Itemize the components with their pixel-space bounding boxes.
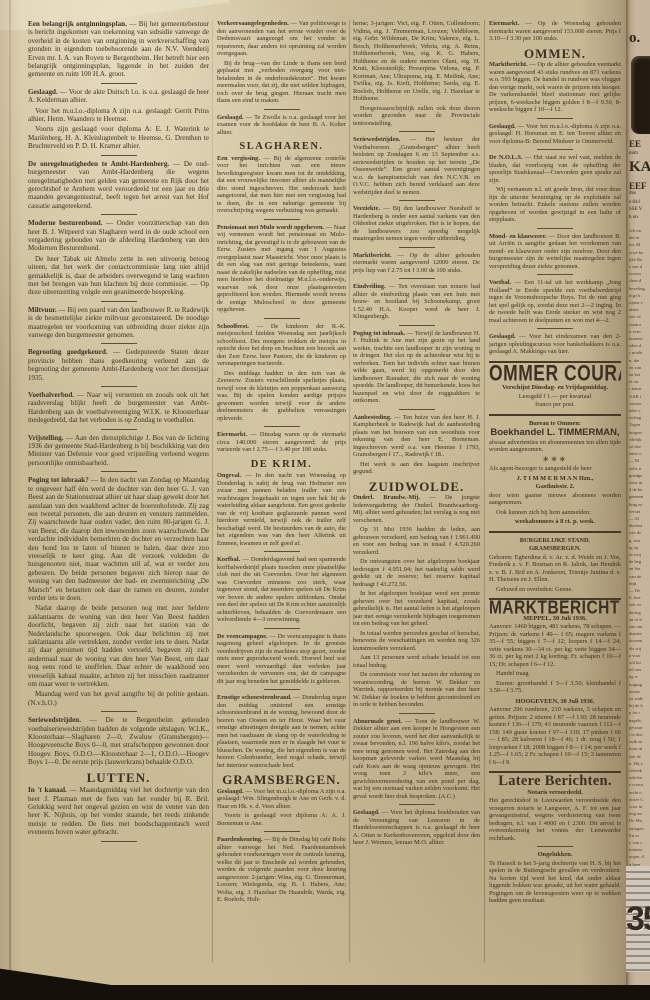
paragraph: alwaar advertenties en abonnementen ten … — [489, 439, 621, 454]
article-lead: Mond- en klauwzeer. — [489, 233, 547, 240]
adjacent-page-fragment: h on — [629, 215, 638, 220]
news-article: Geslaagd. — Voor het m.u.l.o.-diploma A … — [489, 123, 621, 146]
adjacent-page-fragment: SSE V — [629, 207, 642, 212]
news-article: In het afgeloopen boekjaar werd een prem… — [353, 590, 480, 628]
adjacent-page-textline: alster — [629, 307, 639, 312]
adjacent-page-edge: o.EEnumKAEEFduse 84-lSSE Vh onsch onder … — [626, 0, 650, 1000]
masthead-line: Gasthuisstr. 2. — [489, 483, 621, 491]
article-lead: Marktbericht. — [489, 61, 528, 68]
news-article: De N.O.L.S. — Het staat nu wel vast, mel… — [489, 154, 621, 184]
news-article: Seriewedstrijden. — Het bestuur der Voet… — [353, 136, 480, 196]
adjacent-page-textline: van de — [629, 574, 641, 579]
news-article: Des middags hadden in den tuin van de Ze… — [217, 370, 346, 423]
thick-divider — [489, 414, 621, 416]
adjacent-page-textline: eningen — [629, 826, 644, 831]
page-edge-line — [9, 0, 11, 990]
thick-divider — [489, 531, 621, 533]
article-lead: Abnormale groei. — [353, 718, 402, 725]
news-article: Begrooting goedgekeurd. — Gedeputeerde S… — [28, 348, 209, 382]
news-article: Maandag werd van het geval aangifte bij … — [28, 690, 209, 707]
adjacent-page-textline: dering — [629, 610, 641, 615]
paragraph: Eieren: groothandel f 3—f 3.50; kleinhan… — [489, 680, 621, 695]
adjacent-page-textline: wwe be — [629, 250, 643, 255]
news-article: Geslaagd. — Voor het m.u.l.o.-diploma A … — [217, 788, 346, 811]
masthead-line: BURGERLIJKE STAND. — [489, 537, 621, 545]
newspaper-page: Een belangrijk ontginningsplan. — Bij he… — [0, 0, 650, 1000]
ornament: ＊＊＊ — [489, 456, 621, 464]
news-article: Abnormale groei. — Toen de landbouwer W.… — [353, 718, 480, 801]
news-article: Paardenkeuring. — Bij de Dinsdag bij caf… — [217, 836, 346, 904]
adjacent-page-textline: AAR t — [629, 394, 641, 399]
section-heading: Latere Berichten. — [489, 778, 621, 786]
article-divider — [101, 214, 137, 215]
article-lead: Geslaagd. — [28, 88, 58, 96]
news-article: Onderl. Brandw.-Mij. — De jongste ledenv… — [353, 494, 480, 524]
news-article: Veeziekte. — Bij den landbouwer Neeshoff… — [353, 205, 480, 243]
article-divider — [101, 155, 137, 156]
adjacent-page-textline: En in — [629, 833, 639, 838]
news-article: Aanbesteding. — Ten huize van den heer H… — [353, 414, 480, 459]
masthead-line: GRAMSBERGEN. — [489, 545, 621, 553]
article-divider — [399, 278, 435, 279]
adjacent-page-textline: voorta — [629, 271, 641, 276]
article-lead: Een belangrijk ontginningsplan. — [28, 20, 127, 28]
adjacent-page-textline: en of h — [629, 617, 642, 622]
adjacent-page-textline: oens in — [629, 480, 642, 485]
masthead-line: weekabonnees à 8 ct. p. week. — [489, 518, 621, 526]
article-divider — [537, 328, 573, 329]
section-heading: DE KRIM. — [217, 461, 346, 469]
news-article: Een belangrijk ontginningsplan. — Bij he… — [28, 20, 209, 79]
article-divider — [264, 831, 300, 832]
adjacent-page-textline: p tot r — [629, 710, 640, 715]
news-article: Voor het m.u.l.o.-diploma A zijn o.a. ge… — [28, 107, 209, 124]
adjacent-page-textline: voor in — [629, 804, 642, 809]
adjacent-page-textline: doozen — [629, 638, 642, 643]
adjacent-page-textline: s misbr — [629, 350, 642, 355]
adjacent-page-textline: — M — [629, 458, 639, 463]
article-divider — [101, 343, 137, 344]
article-lead: Onderl. Brandw.-Mij. — [353, 494, 420, 501]
adjacent-page-textline: verzoe — [629, 401, 641, 406]
article-lead: Schoolfeest. — [217, 323, 249, 330]
adjacent-page-textline: erpt. — [629, 581, 637, 586]
section-heading: OMMER COURANT — [489, 369, 621, 378]
adjacent-page-textline: burgen — [629, 430, 642, 435]
masthead-line: Leesgeld f 1.— per kwartaal — [489, 393, 621, 401]
article-divider — [101, 429, 137, 430]
article-lead: Geslaagd. — [353, 809, 380, 816]
adjacent-page-fragment: num — [629, 151, 638, 156]
adjacent-page-textline: nder v — [629, 408, 641, 413]
adjacent-page-textline: ng w — [629, 674, 638, 679]
paragraph: Gehuwd en overleden: Geene. — [489, 586, 621, 594]
article-lead: De veencampagne. — [217, 633, 268, 640]
article-divider — [101, 386, 137, 387]
adjacent-page-textline: en van — [629, 365, 641, 370]
adjacent-page-textline: y van c — [629, 840, 642, 845]
news-article: De heer Tabak uit Almelo zette in een ui… — [28, 255, 209, 297]
news-column-2: Verkeersaangelegenheden. — Van politiewe… — [217, 20, 346, 965]
adjacent-page-textline: en ande — [629, 696, 643, 701]
news-article: Seriewedstrijden. — De te Bergentheim ge… — [28, 716, 209, 766]
column-divider — [212, 20, 213, 962]
news-article: Verkeersaangelegenheden. — Van politiewe… — [217, 20, 346, 58]
adjacent-page-textline: ig op — [629, 545, 638, 550]
article-lead: Geslaagd. — [489, 333, 516, 340]
adjacent-page-textline: nister C — [629, 797, 643, 802]
adjacent-page-textline: n, die — [629, 358, 639, 363]
article-lead: Geslaagd. — [217, 114, 244, 121]
section-heading: GRAMSBERGEN. — [217, 776, 346, 784]
paragraph: Handel traag. — [489, 670, 621, 678]
adjacent-page-textline: en Sta — [629, 566, 640, 571]
adjacent-page-textline: goedge — [629, 473, 642, 478]
news-column-3: heme; 3-jarigen: Vict, eig. F. Otten, Co… — [353, 20, 480, 970]
adjacent-page-textline: n vern — [629, 329, 641, 334]
adjacent-page-textline: d de be — [629, 487, 642, 492]
adjacent-page-textline: sch on — [629, 228, 641, 233]
news-article: Geslaagd. — Voor het eindexamen van den … — [489, 333, 621, 356]
article-divider — [399, 200, 435, 201]
adjacent-page-textline: nagels. — [629, 718, 642, 723]
article-lead: Pensionaat met Mulo wordt opgeheven. — [217, 224, 324, 231]
paragraph: Het gerechtshof te Leeuwarden veroordeel… — [489, 797, 621, 842]
adjacent-page-fragment: e 84-l — [629, 200, 641, 205]
adjacent-page-textline: en bet — [629, 372, 640, 377]
adjacent-page-textline: van de — [629, 530, 641, 535]
adjacent-page-textline: nige b — [629, 293, 640, 298]
adjacent-page-textline: S, hoe — [629, 595, 640, 600]
article-lead: Eiermarkt. — [489, 20, 519, 27]
adjacent-page-textline: tuiging — [629, 682, 642, 687]
adjacent-page-textline: riaan e — [629, 322, 641, 327]
adjacent-page-textline: s natur — [629, 386, 641, 391]
article-divider — [264, 426, 300, 427]
news-article: Marktbericht. — Op de alhier gehouden ei… — [353, 252, 480, 275]
adjacent-page-textline: ministe — [629, 847, 643, 852]
adjacent-page-fragment: o. — [629, 30, 640, 47]
adjacent-page-textline: een va — [629, 602, 641, 607]
news-article: Op 31 Mei 1936 hadden de leden, aan gebo… — [353, 526, 480, 556]
news-article: Ongeval. — In den nacht van Woensdag op … — [217, 472, 346, 547]
news-column-1: Een belangrijk ontginningsplan. — Bij he… — [28, 20, 209, 958]
news-article: Geslaagd. — Voor het diploma boekhouden … — [353, 809, 480, 847]
adjacent-page-textline: recht o — [629, 790, 642, 795]
article-lead: Miltvuur. — [28, 306, 57, 314]
news-article: Voorts is geslaagd voor diploma A: A. J.… — [217, 812, 346, 827]
adjacent-page-textline: eden d — [629, 343, 641, 348]
article-lead: Marktbericht. — [353, 252, 392, 259]
adjacent-page-textline: bij de b — [629, 703, 643, 708]
news-article: Een vergissing. — Bij de algemeene contr… — [217, 155, 346, 215]
adjacent-page-textline: gewaar — [629, 725, 642, 730]
adjacent-page-textline: hbelast — [629, 523, 642, 528]
adjacent-page-textline: oopte, d — [629, 854, 644, 859]
article-divider — [537, 149, 573, 150]
news-article: Geslaagd. — Voor de akte Duitsch l.o. is… — [28, 88, 209, 105]
adjacent-page-textline: kunnen — [629, 336, 643, 341]
news-article: Miltvuur. — Bij een paard van den landbo… — [28, 306, 209, 340]
section-heading: LUTTEN. — [28, 774, 209, 782]
article-divider — [399, 804, 435, 805]
article-divider — [264, 219, 300, 220]
article-lead: Vrijstelling. — [28, 434, 64, 442]
article-lead: Een vergissing. — [217, 155, 260, 162]
news-article: Aan 13 personen werd schade betaald tot … — [353, 654, 480, 669]
adjacent-page-textline: ist dez — [629, 444, 641, 449]
article-lead: Eiermarkt. — [217, 431, 247, 438]
article-divider — [264, 109, 300, 110]
article-lead: De onregelmatigheden te Ambt-Hardenberg. — [28, 160, 169, 168]
article-divider — [537, 274, 573, 275]
news-article: Ernstige schoorsteenbrand. — Donderdag t… — [217, 694, 346, 769]
adjacent-page-textline: aan om — [629, 624, 642, 629]
article-lead: Ongeval. — [217, 472, 241, 479]
masthead-line: Notaris veroordeeld. — [489, 789, 621, 797]
adjacent-page-textline: mr. M — [629, 242, 640, 247]
news-article: De commissie voor het nazien der rekenin… — [353, 671, 480, 709]
adjacent-page-textline: wil ku — [629, 660, 641, 665]
paragraph: Ook kunnen zich bij hem aanmelden: — [489, 509, 621, 517]
article-lead: Ernstige schoorsteenbrand. — [217, 694, 292, 701]
article-lead: Eindveiling. — [353, 283, 386, 290]
news-article: De veencampagne. — De veencampagne is th… — [217, 633, 346, 686]
news-article: De onregelmatigheden te Ambt-Hardenberg.… — [28, 160, 209, 210]
adjacent-page-textline: aan de — [629, 754, 641, 759]
news-article: Marktbericht. — Op de alhier gehouden ve… — [489, 61, 621, 114]
news-article: Vrijstelling. — Aan den dienstplichtige … — [28, 434, 209, 468]
article-divider — [101, 711, 137, 712]
news-article: Poging tot inbraak. — Terwijl de landbou… — [353, 330, 480, 405]
article-lead: Begrooting goedgekeurd. — [28, 348, 108, 356]
adjacent-page-textline: enter o — [629, 451, 642, 456]
adjacent-page-textline: king so — [629, 502, 642, 507]
article-lead: Geslaagd. — [489, 123, 516, 130]
section-heading: MARKTBERICHTEN. — [489, 604, 621, 613]
article-lead: Moderne besturenbond. — [28, 219, 103, 227]
masthead-line: J. T I M M E R M A N Hzn., — [489, 475, 621, 483]
adjacent-page-textline: in strij — [629, 552, 641, 557]
news-article: Bij de brug—van der Linde is thans een b… — [217, 60, 346, 105]
adjacent-page-fragment: KA — [629, 159, 650, 176]
adjacent-page-textline: n. Hij v — [629, 761, 643, 766]
article-divider — [537, 118, 573, 119]
poster-number: 35 — [626, 900, 650, 939]
news-column-4: Eiermarkt. — Op de Woensdag gehouden eie… — [489, 20, 621, 972]
adjacent-page-textline: s van d — [629, 264, 642, 269]
news-article: Pensionaat met Mulo wordt opgeheven. — N… — [217, 224, 346, 314]
paragraph: heme; 3-jarigen: Vict, eig. F. Otten, Co… — [353, 20, 480, 103]
adjacent-page-textline: e concu — [629, 782, 643, 787]
adjacent-page-textline: a voor — [629, 653, 641, 658]
article-divider — [264, 318, 300, 319]
adjacent-page-textline: zelfs n — [629, 466, 641, 471]
adjacent-page-textline: rschag — [629, 415, 641, 420]
news-article: In 't kanaal. — Maandagmiddag viel het d… — [28, 786, 209, 836]
column-divider — [349, 20, 350, 962]
paragraph: Aanvoer: 1460 biggen, 481 varkens, 78 sc… — [489, 623, 621, 668]
masthead-line: Boekhandel L. TIMMERMAN, — [489, 429, 621, 437]
paragraph: Geboren: Egberdina d. v. Ar. v. d. Weide… — [489, 554, 621, 584]
article-divider — [399, 131, 435, 132]
adjacent-page-poster: 35 — [626, 866, 650, 972]
adjacent-page-textline: als wij — [629, 646, 641, 651]
news-article: Het werk is aan den laagsten inschrijver… — [353, 461, 480, 476]
news-article: Poging tot inbraak? — In den nacht van Z… — [28, 476, 209, 602]
adjacent-page-textline: der te — [629, 235, 639, 240]
adjacent-page-textline: t te doe — [629, 732, 643, 737]
news-article: Eindveiling. — Ten overstaan van notaris… — [353, 283, 480, 321]
news-article: Nadat daarop de beide personen nog met z… — [28, 604, 209, 688]
masthead-line: Bureau te Ommen: — [489, 420, 621, 428]
news-article: Geslaagd. — Te Zwolle is o.a. geslaagd v… — [217, 114, 346, 137]
adjacent-page-textline: nog on — [629, 811, 642, 816]
news-article: Moderne besturenbond. — Onder voorzitter… — [28, 219, 209, 253]
article-divider — [101, 471, 137, 472]
adjacent-page-textline: vulk ee — [629, 739, 642, 744]
paragraph: door wien gaarne nieuwe abonnees worden … — [489, 492, 621, 507]
adjacent-page-textline: beveling — [629, 286, 645, 291]
section-heading: ZUIDWOLDE. — [353, 483, 480, 491]
adjacent-page-letter-block — [631, 56, 650, 134]
adjacent-page-textline: ndsche — [629, 775, 642, 780]
article-divider — [399, 247, 435, 248]
news-article: Mond- en klauwzeer. — Door den landbouwe… — [489, 233, 621, 271]
article-divider — [537, 846, 573, 847]
adjacent-page-textline: rijzen v — [629, 300, 643, 305]
adjacent-page-textline: ijke Re — [629, 257, 642, 262]
adjacent-page-textline: tious al — [629, 746, 642, 751]
article-lead: In 't kanaal. — [28, 786, 67, 794]
article-lead: Paardenkeuring. — [217, 836, 263, 843]
adjacent-page-fragment: dus — [629, 191, 636, 196]
news-article: Eiermarkt. — Op de Woensdag gehouden eie… — [489, 20, 621, 43]
adjacent-page-textline: de beg — [629, 559, 641, 564]
article-divider — [399, 325, 435, 326]
paragraph: Hoogstwaarschijnlijk zullen ook deze die… — [353, 105, 480, 128]
article-lead: Verkeersaangelegenheden. — [217, 20, 289, 27]
adjacent-page-textline: dustrie — [629, 631, 642, 636]
news-article: Voorts zijn geslaagd voor diploma A: E. … — [28, 125, 209, 150]
masthead-line: Ongelukken. — [489, 851, 621, 859]
news-article: Korfbal. — Donderdagavond had een spanne… — [217, 556, 346, 624]
article-divider — [399, 409, 435, 410]
adjacent-page-fragment: EE — [629, 139, 641, 149]
article-divider — [101, 301, 137, 302]
article-divider — [264, 551, 300, 552]
article-lead: Seriewedstrijden. — [353, 136, 400, 143]
article-lead: Voetbalverbod. — [28, 391, 74, 399]
article-lead: Veeziekte. — [353, 205, 380, 212]
adjacent-page-textline: fabriek — [629, 768, 642, 773]
adjacent-page-textline: nd ons — [629, 667, 641, 672]
adjacent-page-textline: — Al — [629, 516, 639, 521]
adjacent-page-textline: edelijk — [629, 437, 642, 442]
article-lead: De N.O.L.S. — [489, 154, 522, 161]
article-divider — [537, 228, 573, 229]
article-lead: Aanbesteding. — [353, 414, 392, 421]
news-article: In totaal werden perceelen geschat of he… — [353, 630, 480, 653]
article-divider — [264, 628, 300, 629]
masthead-line: franco per post. — [489, 401, 621, 409]
news-article: Eiermarkt. — Dinsdag waren op de eiermar… — [217, 431, 346, 454]
paragraph: Te Hasselt is het 5-jarig dochtertje van… — [489, 860, 621, 905]
adjacent-page-textline: gemeen — [629, 494, 643, 499]
news-article: Voetbal. — Een 11-tal uit het werkkamp „… — [489, 279, 621, 324]
article-divider — [101, 841, 137, 842]
adjacent-page-textline: chen d — [629, 278, 641, 283]
adjacent-page-fragment: EEF — [629, 181, 647, 191]
adjacent-page-textline: g, een — [629, 538, 640, 543]
adjacent-page-textline: Tegen — [629, 422, 640, 427]
article-lead: Seriewedstrijden. — [28, 716, 81, 724]
article-lead: Poging tot inbraak? — [28, 476, 89, 484]
news-article: Wij vernamen n.l. uit goede bron, dat vo… — [489, 186, 621, 224]
paragraph: Als agent-bezorger is aangesteld de heer — [489, 465, 621, 473]
masthead-line: HOOGEVEEN, 30 Juli 1936. — [489, 698, 621, 706]
adjacent-page-textline: een ve — [629, 314, 641, 319]
article-lead: Voetbal. — [489, 279, 511, 286]
article-lead: Poging tot inbraak. — [353, 330, 405, 337]
adjacent-page-textline: De Mu — [629, 818, 642, 823]
article-divider — [264, 689, 300, 690]
adjacent-page-textline: et oir — [629, 379, 639, 384]
adjacent-page-textline: versni — [629, 509, 640, 514]
section-heading: OMMEN. — [489, 50, 621, 58]
article-lead: Korfbal. — [217, 556, 240, 563]
article-divider — [101, 83, 137, 84]
article-divider — [399, 713, 435, 714]
scan-shadow-bottom — [0, 985, 650, 1000]
news-article: Voetbalverbod. — Naar wij vernemen en zo… — [28, 391, 209, 425]
column-divider — [484, 20, 485, 962]
section-heading: SLAGHAREN. — [217, 143, 346, 151]
adjacent-page-textline: nieuw — [629, 689, 640, 694]
article-lead: Geslaagd. — [217, 788, 244, 795]
news-article: De ontvangsten over het afgeloopen boekj… — [353, 558, 480, 588]
adjacent-page-textline: — De — [629, 588, 640, 593]
news-article: Schoolfeest. — De kinderen der R.-K. mei… — [217, 323, 346, 368]
paragraph: Aanvoer 296 runderen, 210 varkens, 5 sch… — [489, 706, 621, 766]
